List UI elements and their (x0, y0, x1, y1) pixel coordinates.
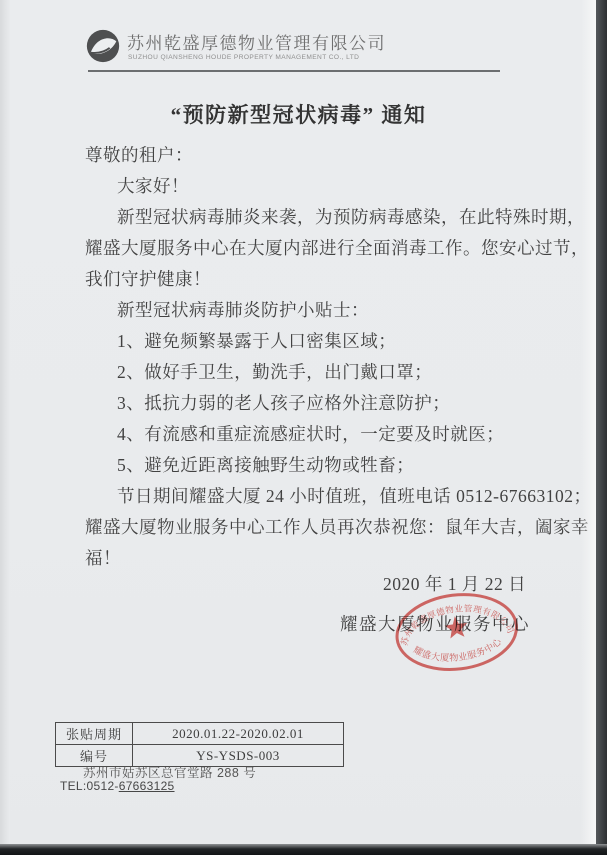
company-seal-stamp: 苏州乾盛厚德物业管理有限公司 耀盛大厦物业服务中心 (376, 575, 537, 693)
blessing-line-2: 福！ (85, 543, 555, 574)
scan-edge-right (596, 0, 607, 855)
posting-period-label: 张贴周期 (56, 723, 133, 745)
phone-link[interactable]: 67663125 (119, 779, 175, 793)
posting-period-value: 2020.01.22-2020.02.01 (133, 723, 344, 745)
posting-meta-table: 张贴周期 2020.01.22-2020.02.01 编号 YS-YSDS-00… (55, 722, 344, 767)
tip-item-5: 5、避免近距离接触野生动物或牲畜； (85, 450, 555, 481)
notice-title: “预防新型冠状病毒” 通知 (0, 99, 597, 129)
phone-prefix: TEL:0512- (60, 779, 119, 793)
tips-header-line: 新型冠状病毒肺炎防护小贴士： (85, 295, 555, 326)
scan-edge-left (0, 0, 10, 855)
phone-line: TEL:0512-67663125 (60, 779, 175, 793)
scan-edge-bottom (0, 844, 607, 855)
seal-bottom-text: 耀盛大厦物业服务中心 (411, 633, 506, 668)
greeting-line: 大家好！ (85, 171, 555, 202)
table-row: 张贴周期 2020.01.22-2020.02.01 (56, 723, 344, 745)
notice-body: 尊敬的租户： 大家好！ 新型冠状病毒肺炎来袭，为预防病毒感染，在此特殊时期， 耀… (85, 140, 555, 574)
tip-item-1: 1、避免频繁暴露于人口密集区域； (85, 326, 555, 357)
tip-item-4: 4、有流感和重症流感症状时，一定要及时就医； (85, 419, 555, 450)
company-name: 苏州乾盛厚德物业管理有限公司 (127, 29, 386, 54)
body-line: 我们守护健康！ (85, 264, 555, 295)
company-logo-icon (84, 27, 122, 65)
header-divider (88, 70, 500, 72)
salutation-line: 尊敬的租户： (85, 140, 555, 171)
paper-edge-highlight (581, 0, 596, 855)
body-line: 新型冠状病毒肺炎来袭，为预防病毒感染，在此特殊时期， (85, 202, 555, 233)
blessing-line: 耀盛大厦物业服务中心工作人员再次恭祝您：鼠年大吉，阖家幸 (85, 512, 555, 543)
seal-star-icon (443, 615, 468, 639)
svg-text:耀盛大厦物业服务中心: 耀盛大厦物业服务中心 (411, 633, 506, 668)
tip-item-2: 2、做好手卫生，勤洗手，出门戴口罩； (85, 357, 555, 388)
company-name-english: SUZHOU QIANSHENG HOUDE PROPERTY MANAGEME… (128, 54, 359, 61)
duty-phone-line: 节日期间耀盛大厦 24 小时值班，值班电话 0512-67663102； (85, 481, 555, 512)
tip-item-3: 3、抵抗力弱的老人孩子应格外注意防护； (85, 388, 555, 419)
scanned-notice-page: 苏州乾盛厚德物业管理有限公司 SUZHOU QIANSHENG HOUDE PR… (0, 0, 607, 855)
body-line: 耀盛大厦服务中心在大厦内部进行全面消毒工作。您安心过节， (85, 233, 555, 264)
